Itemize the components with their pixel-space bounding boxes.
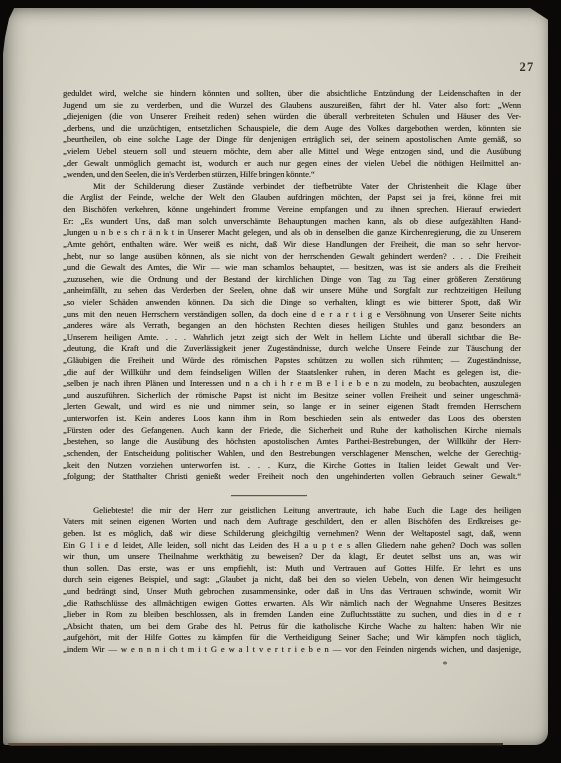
text-line: „die Rathschlüsse des allmächtigen ewige… (63, 598, 521, 610)
text-line: „anheimfällt, zu sehen das Verderben der… (63, 285, 521, 297)
text-line: „die auf der Willkühr und dem feindselig… (63, 367, 521, 379)
text-line: „und auszuführen. Sicherlich der römisch… (63, 390, 521, 402)
text-line: „anderes wäre als Verrath, begangen an d… (63, 320, 521, 332)
text-line: „aufgehört, mit der Hilfe Gottes zu kämp… (63, 632, 521, 644)
text-line: „Absicht thaten, um bei dem Grabe des hl… (63, 621, 521, 633)
text-line: „so vieler Schäden anwenden können. Da s… (63, 297, 521, 309)
page-number: 27 (507, 60, 547, 75)
text-line: Vaters mit seinen eigenen Worten und nac… (63, 516, 521, 528)
text-line: Ein G l i e d leidet, Alle leiden, soll … (63, 540, 521, 552)
text-line: „Amte gehört, enthalten wäre. Wer weiß e… (63, 239, 521, 251)
text-line: „der Gewalt unmöglich gemacht ist, wodur… (63, 158, 521, 170)
text-line: „wenden, und den Seelen, die in's Verder… (63, 169, 521, 181)
paragraph: geduldet wird, welche sie hindern könnte… (63, 88, 521, 181)
text-line: „vielem Uebel steuern soll und steuern m… (63, 146, 521, 158)
text-line: „selben je nach ihren Plänen und Interes… (63, 378, 521, 390)
footnote-asterisk: * (435, 660, 455, 671)
section-separator-rule (231, 495, 307, 496)
text-line: „unterworfen ist. Kein anderes Loos kann… (63, 413, 521, 425)
text-line: „derbens, und die unzüchtigen, entsetzli… (63, 123, 521, 135)
text-line: den Bischöfen verkehren, könne ungehinde… (63, 204, 521, 216)
text-line: geben. Ist es möglich, daß wir diese Sch… (63, 528, 521, 540)
text-line: „schenden, der Entscheidung politischer … (63, 448, 521, 460)
text-line: Geliebteste! die mir der Herr zur geistl… (63, 505, 521, 517)
text-line: „zuzusehen, wie die Ordnung und der Best… (63, 274, 521, 286)
text-line: „Gläubigen die Freiheit und Würde des rö… (63, 355, 521, 367)
text-line: thun sollen. Das erste, was er uns empfi… (63, 563, 521, 575)
text-line: „indem Wir — w e n n n i ch t m i t G e … (63, 644, 521, 656)
text-line: „folgung; der Statthalter Christi genieß… (63, 471, 521, 483)
text-line: „und bedrängt sind, Unser Muth gebrochen… (63, 586, 521, 598)
text-line: Jugend um sie zu verderben, und die Wurz… (63, 100, 521, 112)
scan-surround: 27 geduldet wird, welche sie hindern kön… (0, 0, 561, 763)
text-line: „lerten Gewalt, und wird es nie und nimm… (63, 401, 521, 413)
text-line: „deutung, die Kraft und die Zuverlässigk… (63, 343, 521, 355)
text-line: „bestehen, so lange die Ausübung des höc… (63, 436, 521, 448)
paragraph: Geliebteste! die mir der Herr zur geistl… (63, 505, 521, 656)
text-line: „keit den Nutzen vorziehen unterworfen i… (63, 460, 521, 472)
text-line: „Unserem heiligen Amte. . . . Wahrlich j… (63, 332, 521, 344)
text-line: geduldet wird, welche sie hindern könnte… (63, 88, 521, 100)
text-line: die Arglist der Feinde, welche der Welt … (63, 192, 521, 204)
text-line: „Fürsten oder des Gefangenen. Auch kann … (63, 425, 521, 437)
text-line: „uns mit den neuen Herrschern verständig… (63, 309, 521, 321)
book-page: 27 geduldet wird, welche sie hindern kön… (3, 8, 548, 745)
text-line: Er: „Es wundert Uns, daß man solch unver… (63, 216, 521, 228)
text-line: Mit der Schilderung dieser Zustände verb… (63, 181, 521, 193)
text-line: „lungen u n b e s ch r ä n k t in Unsere… (63, 227, 521, 239)
paragraph: Mit der Schilderung dieser Zustände verb… (63, 181, 521, 483)
text-line: „und die Gewalt des Amtes, die Wir — wie… (63, 262, 521, 274)
text-line: „diejenigen (die von Unserer Freiheit re… (63, 111, 521, 123)
text-line: „lieber in Rom zu bleiben beschlossen, a… (63, 609, 521, 621)
text-line: durch sein eigenes Beispiel, und sagt: „… (63, 574, 521, 586)
text-line: „hebt, nur so lange ausüben können, als … (63, 251, 521, 263)
page-text: geduldet wird, welche sie hindern könnte… (63, 88, 521, 656)
text-line: „beurtheilen, ob eine solche Lage der Di… (63, 134, 521, 146)
text-line: wir thun, um unsere Theilnahme werkthäti… (63, 551, 521, 563)
